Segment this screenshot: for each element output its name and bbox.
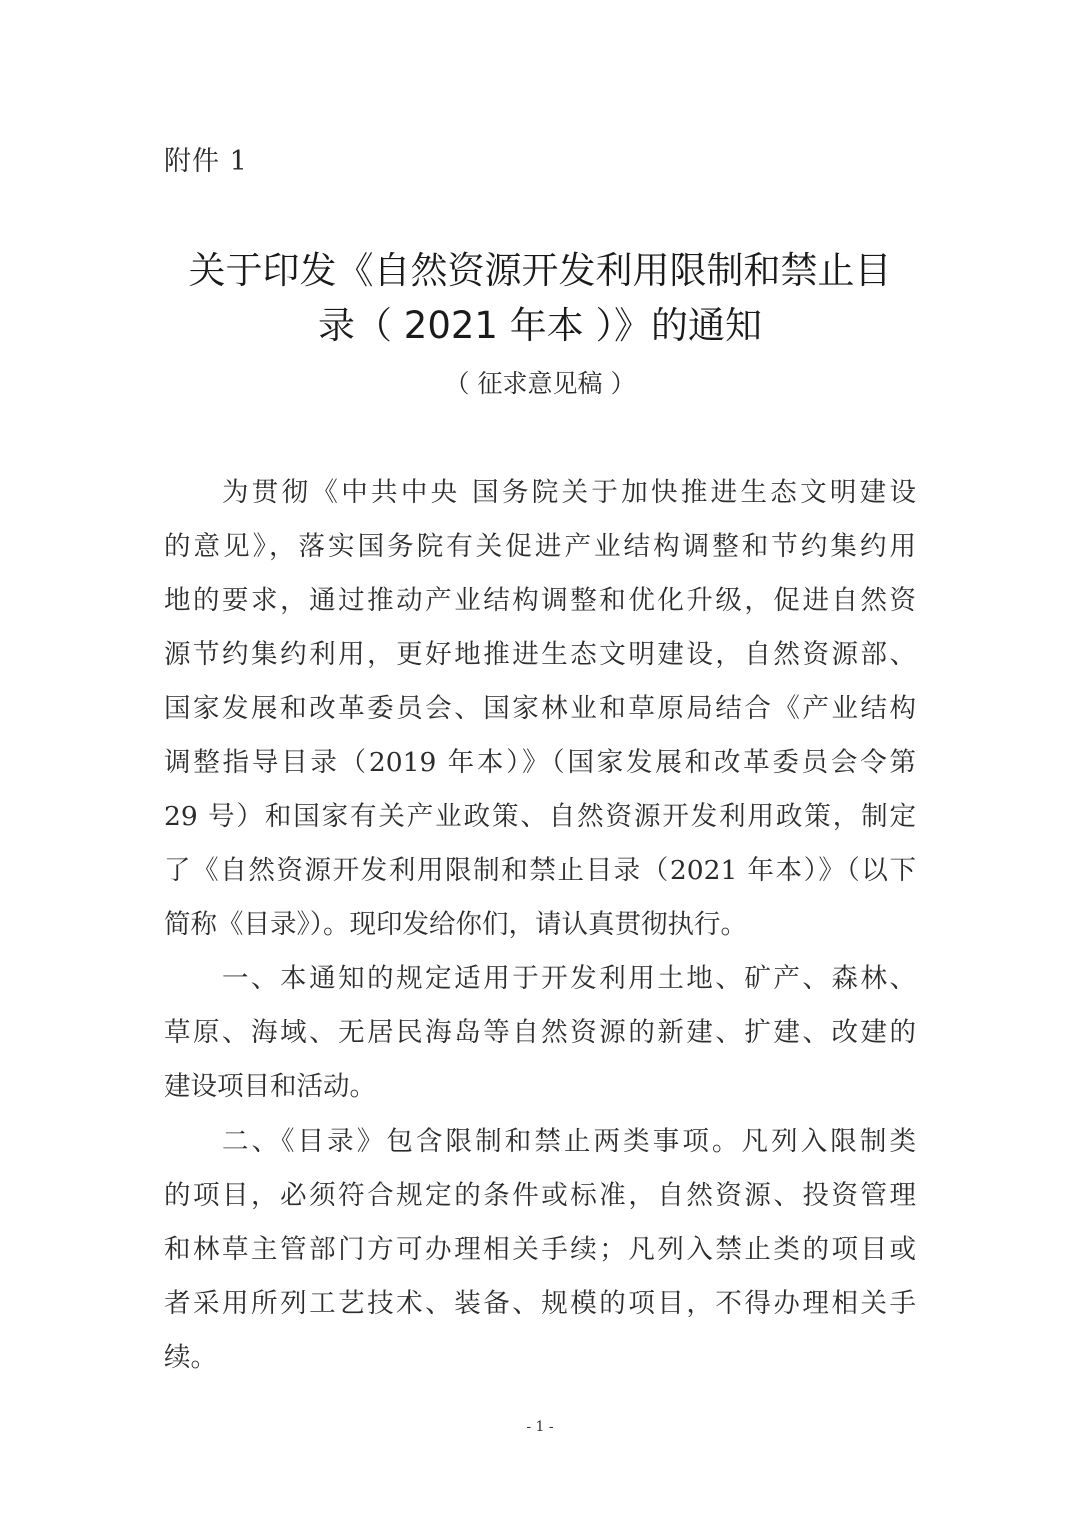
body-line: 调整指导目录（2019 年本）》（国家发展和改革委员会令第 bbox=[164, 743, 916, 783]
body-line: 为贯彻《中共中央 国务院关于加快推进生态文明建设 bbox=[222, 473, 916, 513]
body-line: 地的要求，通过推动产业结构调整和优化升级，促进自然资 bbox=[164, 581, 916, 621]
document-title-line-1: 关于印发《自然资源开发利用限制和禁止目 bbox=[120, 243, 960, 299]
body-line: 续。 bbox=[164, 1338, 916, 1378]
body-line: 源节约集约利用，更好地推进生态文明建设，自然资源部、 bbox=[164, 635, 916, 675]
body-line: 者采用所列工艺技术、装备、规模的项目，不得办理相关手 bbox=[164, 1284, 916, 1324]
document-subtitle: （ 征求意见稿 ） bbox=[120, 364, 960, 404]
body-line: 二、《目录》包含限制和禁止两类事项。凡列入限制类 bbox=[222, 1122, 916, 1162]
attachment-label: 附件 1 bbox=[164, 142, 248, 182]
body-line: 国家发展和改革委员会、国家林业和草原局结合《产业结构 bbox=[164, 689, 916, 729]
body-line: 的项目，必须符合规定的条件或标准，自然资源、投资管理 bbox=[164, 1176, 916, 1216]
body-line: 简称《目录》）。现印发给你们，请认真贯彻执行。 bbox=[164, 905, 916, 945]
body-line: 的意见》，落实国务院有关促进产业结构调整和节约集约用 bbox=[164, 527, 916, 567]
body-line: 29 号）和国家有关产业政策、自然资源开发利用政策，制定 bbox=[164, 797, 916, 837]
page-number: - 1 - bbox=[0, 1417, 1080, 1437]
body-line: 和林草主管部门方可办理相关手续；凡列入禁止类的项目或 bbox=[164, 1230, 916, 1270]
document-title-line-2: 录（ 2021 年本 ）》的通知 bbox=[120, 298, 960, 354]
body-line: 草原、海域、无居民海岛等自然资源的新建、扩建、改建的 bbox=[164, 1013, 916, 1053]
body-line: 了《自然资源开发利用限制和禁止目录（2021 年本）》（以下 bbox=[164, 851, 916, 891]
document-page: 附件 1 关于印发《自然资源开发利用限制和禁止目 录（ 2021 年本 ）》的通… bbox=[0, 0, 1080, 1527]
body-line: 一、本通知的规定适用于开发利用土地、矿产、森林、 bbox=[222, 959, 916, 999]
body-line: 建设项目和活动。 bbox=[164, 1067, 916, 1107]
